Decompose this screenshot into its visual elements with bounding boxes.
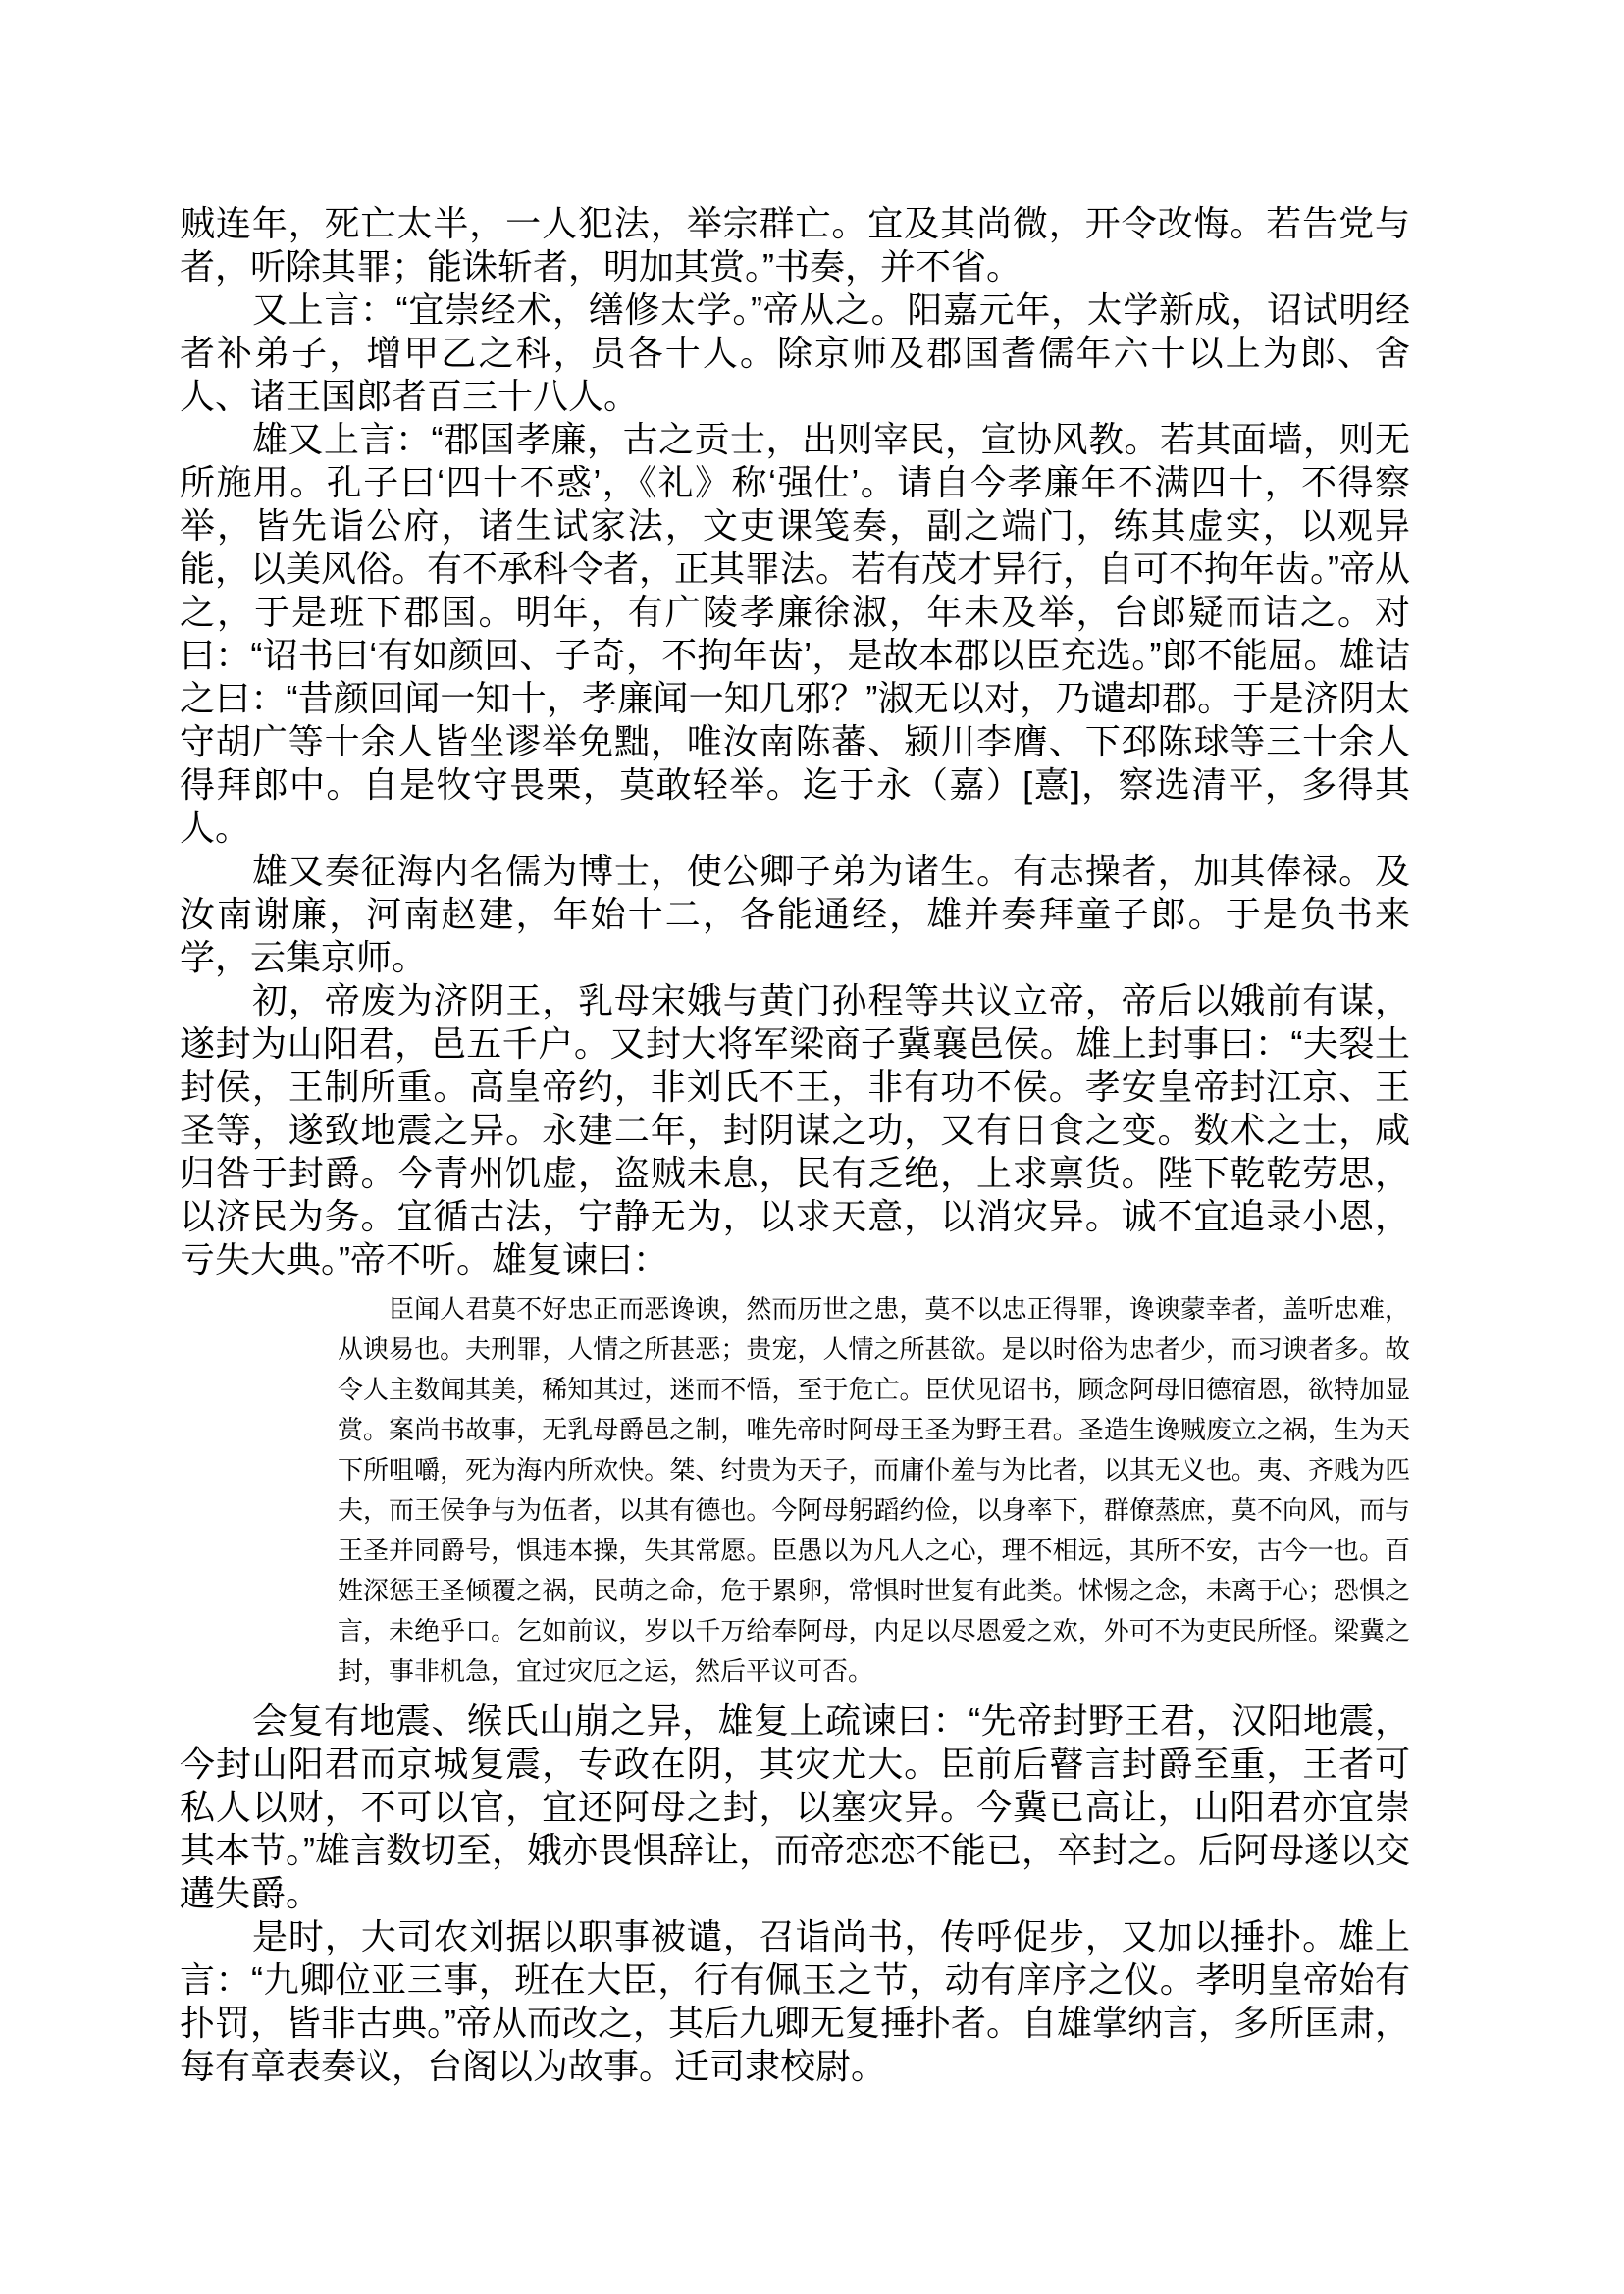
body-paragraph: 初，帝废为济阴王，乳母宋娥与黄门孙程等共议立帝，帝后以娥前有谋，遂封为山阳君，邑…: [180, 979, 1410, 1281]
body-paragraph: 会复有地震、缑氏山崩之异，雄复上疏谏曰：“先帝封野王君，汉阳地震，今封山阳君而京…: [180, 1699, 1410, 1915]
document-page: 贼连年，死亡太半，一人犯法，举宗群亡。宜及其尚微，开令改悔。若告党与者，听除其罪…: [0, 0, 1624, 2294]
body-paragraph: 雄又上言：“郡国孝廉，古之贡士，出则宰民，宣协风教。若其面墙，则无所施用。孔子曰…: [180, 418, 1410, 850]
body-paragraph: 贼连年，死亡太半，一人犯法，举宗群亡。宜及其尚微，开令改悔。若告党与者，听除其罪…: [180, 202, 1410, 288]
body-paragraph: 雄又奏征海内名儒为博士，使公卿子弟为诸生。有志操者，加其俸禄。及汝南谢廉，河南赵…: [180, 850, 1410, 979]
text-column: 贼连年，死亡太半，一人犯法，举宗群亡。宜及其尚微，开令改悔。若告党与者，听除其罪…: [180, 202, 1410, 2088]
body-paragraph: 又上言：“宜崇经术，缮修太学。”帝从之。阳嘉元年，太学新成，诏试明经者补弟子，增…: [180, 288, 1410, 418]
quote-paragraph: 臣闻人君莫不好忠正而恶谗谀，然而历世之患，莫不以忠正得罪，谗谀蒙幸者，盖听忠难，…: [338, 1289, 1410, 1692]
body-paragraph: 是时，大司农刘据以职事被谴，召诣尚书，传呼促步，又加以捶扑。雄上言：“九卿位亚三…: [180, 1915, 1410, 2088]
